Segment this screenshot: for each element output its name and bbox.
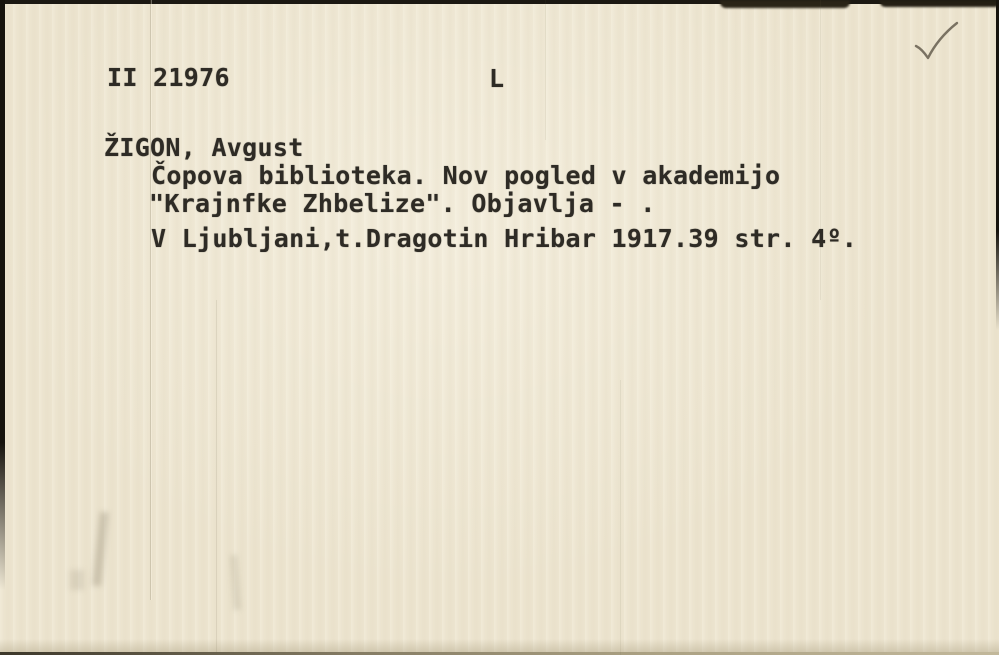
pencil-smudge	[230, 555, 241, 610]
pencil-checkmark-icon	[905, 12, 967, 70]
call-number: II 21976	[107, 65, 230, 91]
scan-edge-smudge	[720, 0, 850, 8]
author-heading: ŽIGON, Avgust	[104, 135, 304, 161]
scan-edge-smudge	[880, 0, 999, 7]
title-line: Čopova biblioteka. Nov pogled v akademij…	[151, 163, 780, 189]
imprint-line: V Ljubljani,t.Dragotin Hribar 1917.39 st…	[151, 226, 857, 252]
scan-streak	[620, 380, 621, 655]
paper-texture	[0, 0, 999, 655]
scan-streak	[545, 0, 546, 140]
pencil-smudge	[92, 512, 109, 587]
classification-letter: L	[489, 66, 504, 92]
catalog-card-scan: II 21976 L ŽIGON, Avgust Čopova bibliote…	[0, 0, 999, 655]
scan-streak	[216, 300, 217, 655]
title-line: "Krajnfke Zhbelize". Objavlja - .	[149, 191, 656, 217]
pencil-smudge	[70, 570, 84, 590]
scan-edge-left	[0, 0, 5, 590]
scan-streak	[820, 0, 821, 300]
